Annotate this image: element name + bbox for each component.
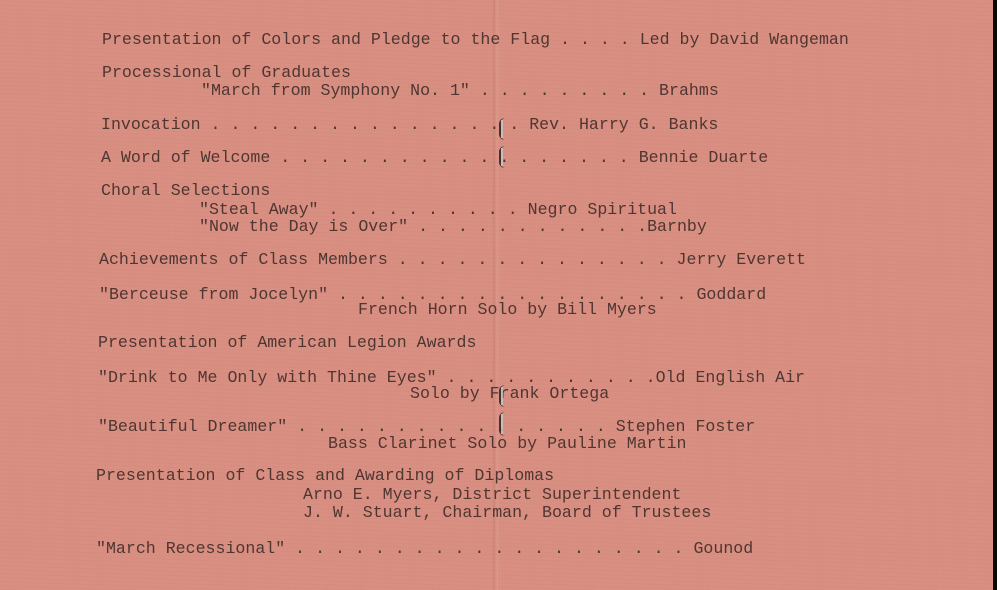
item-diplomas-chairman: J. W. Stuart, Chairman, Board of Trustee… (303, 504, 711, 522)
item-colors: Presentation of Colors and Pledge to the… (102, 31, 849, 49)
item-dreamer-performer: Bass Clarinet Solo by Pauline Martin (328, 435, 686, 453)
item-welcome: A Word of Welcome . . . . . . . . . . . … (101, 149, 768, 167)
item-drink-performer: Solo by Frank Ortega (410, 385, 609, 403)
item-invocation: Invocation . . . . . . . . . . . . . . .… (101, 116, 718, 134)
staple-top-lower-icon (499, 146, 507, 168)
staple-bottom-lower-icon (499, 412, 507, 436)
item-choral-title: Choral Selections (101, 182, 270, 200)
item-choral-now-the-day: "Now the Day is Over" . . . . . . . . . … (199, 218, 707, 236)
item-processional-title: Processional of Graduates (102, 64, 351, 82)
item-diplomas-superintendent: Arno E. Myers, District Superintendent (303, 486, 681, 504)
item-processional-music: "March from Symphony No. 1" . . . . . . … (201, 82, 719, 100)
item-achievements: Achievements of Class Members . . . . . … (99, 251, 806, 269)
item-legion-awards: Presentation of American Legion Awards (98, 334, 476, 352)
program-page: Presentation of Colors and Pledge to the… (0, 0, 993, 590)
scan-edge (993, 0, 997, 590)
staple-top-icon (499, 118, 507, 140)
item-berceuse-performer: French Horn Solo by Bill Myers (358, 301, 657, 319)
item-recessional: "March Recessional" . . . . . . . . . . … (96, 540, 753, 558)
item-diplomas-title: Presentation of Class and Awarding of Di… (96, 467, 554, 485)
staple-bottom-icon (499, 385, 507, 407)
